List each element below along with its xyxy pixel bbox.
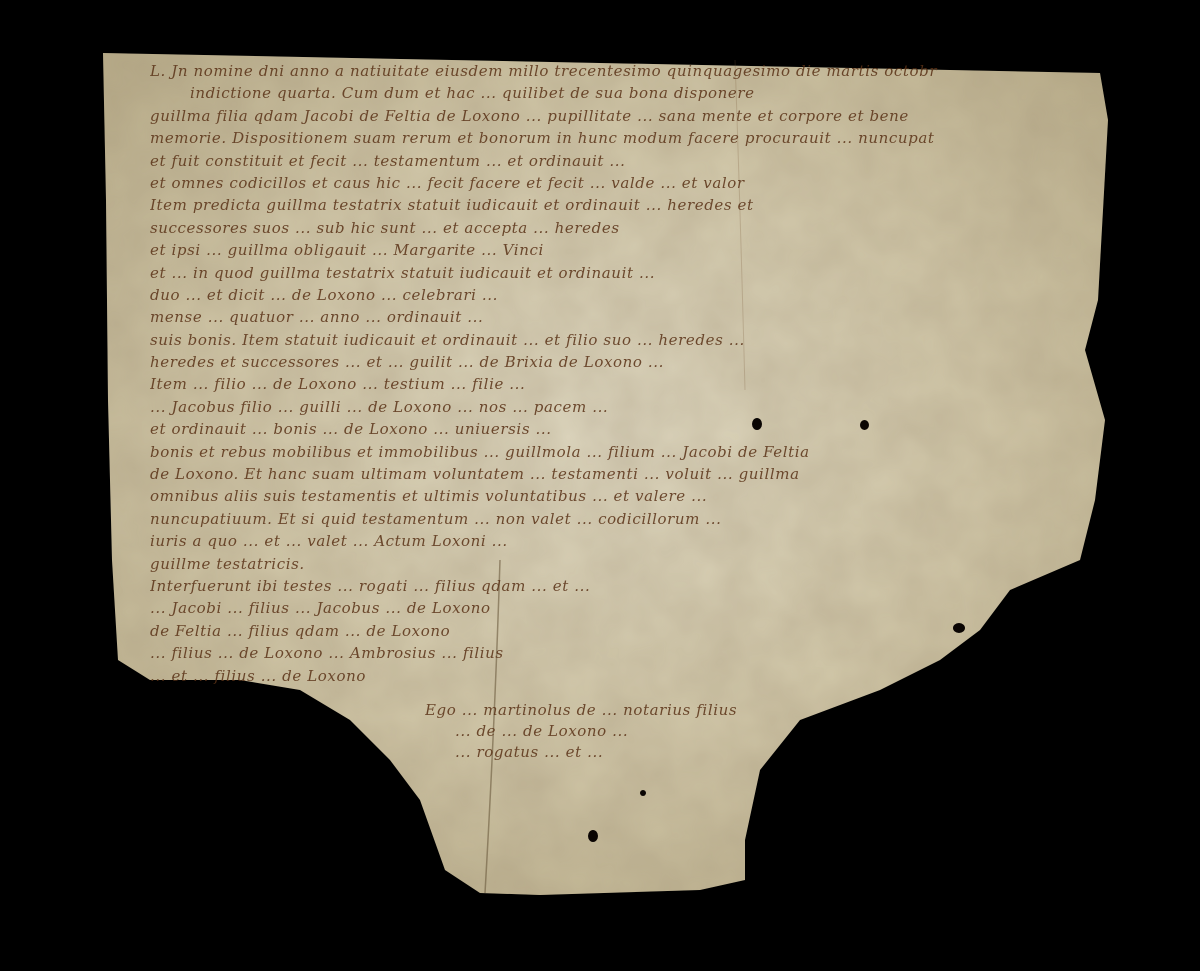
- manuscript-line: L. Jn nomine dni anno a natiuitate eiusd…: [150, 60, 1050, 82]
- manuscript-line: ... et ... filius ... de Loxono: [150, 665, 1050, 687]
- manuscript-line: bonis et rebus mobilibus et immobilibus …: [150, 441, 1050, 463]
- photo-background: L. Jn nomine dni anno a natiuitate eiusd…: [0, 0, 1200, 971]
- notarial-subscription: Ego ... martinolus de ... notarius filiu…: [425, 700, 755, 763]
- manuscript-line: et ordinauit ... bonis ... de Loxono ...…: [150, 418, 1050, 440]
- parchment-hole: [640, 790, 646, 796]
- manuscript-line: iuris a quo ... et ... valet ... Actum L…: [150, 530, 1050, 552]
- manuscript-line: nuncupatiuum. Et si quid testamentum ...…: [150, 508, 1050, 530]
- manuscript-line: indictione quarta. Cum dum et hac ... qu…: [150, 82, 1050, 104]
- manuscript-line: mense ... quatuor ... anno ... ordinauit…: [150, 306, 1050, 328]
- manuscript-line: ... de ... de Loxono ...: [425, 721, 755, 742]
- manuscript-line: ... Jacobus filio ... guilli ... de Loxo…: [150, 396, 1050, 418]
- manuscript-line: et ipsi ... guillma obligauit ... Margar…: [150, 239, 1050, 261]
- manuscript-line: et ... in quod guillma testatrix statuit…: [150, 262, 1050, 284]
- manuscript-line: omnibus aliis suis testamentis et ultimi…: [150, 485, 1050, 507]
- manuscript-line: ... rogatus ... et ...: [425, 742, 755, 763]
- manuscript-line: et omnes codicillos et caus hic ... feci…: [150, 172, 1050, 194]
- manuscript-line: guillme testatricis.: [150, 553, 1050, 575]
- manuscript-line: duo ... et dicit ... de Loxono ... celeb…: [150, 284, 1050, 306]
- manuscript-line: Item predicta guillma testatrix statuit …: [150, 194, 1050, 216]
- manuscript-line: suis bonis. Item statuit iudicauit et or…: [150, 329, 1050, 351]
- manuscript-line: ... Jacobi ... filius ... Jacobus ... de…: [150, 597, 1050, 619]
- manuscript-line: de Feltia ... filius qdam ... de Loxono: [150, 620, 1050, 642]
- manuscript-line: Interfuerunt ibi testes ... rogati ... f…: [150, 575, 1050, 597]
- manuscript-line: de Loxono. Et hanc suam ultimam voluntat…: [150, 463, 1050, 485]
- manuscript-line: Item ... filio ... de Loxono ... testium…: [150, 373, 1050, 395]
- manuscript-line: memorie. Dispositionem suam rerum et bon…: [150, 127, 1050, 149]
- manuscript-main-text: L. Jn nomine dni anno a natiuitate eiusd…: [150, 60, 1050, 687]
- parchment-hole: [588, 830, 598, 842]
- manuscript-line: et fuit constituit et fecit ... testamen…: [150, 150, 1050, 172]
- manuscript-line: heredes et successores ... et ... guilit…: [150, 351, 1050, 373]
- manuscript-line: ... filius ... de Loxono ... Ambrosius .…: [150, 642, 1050, 664]
- manuscript-line: successores suos ... sub hic sunt ... et…: [150, 217, 1050, 239]
- manuscript-line: Ego ... martinolus de ... notarius filiu…: [425, 700, 755, 721]
- manuscript-line: guillma filia qdam Jacobi de Feltia de L…: [150, 105, 1050, 127]
